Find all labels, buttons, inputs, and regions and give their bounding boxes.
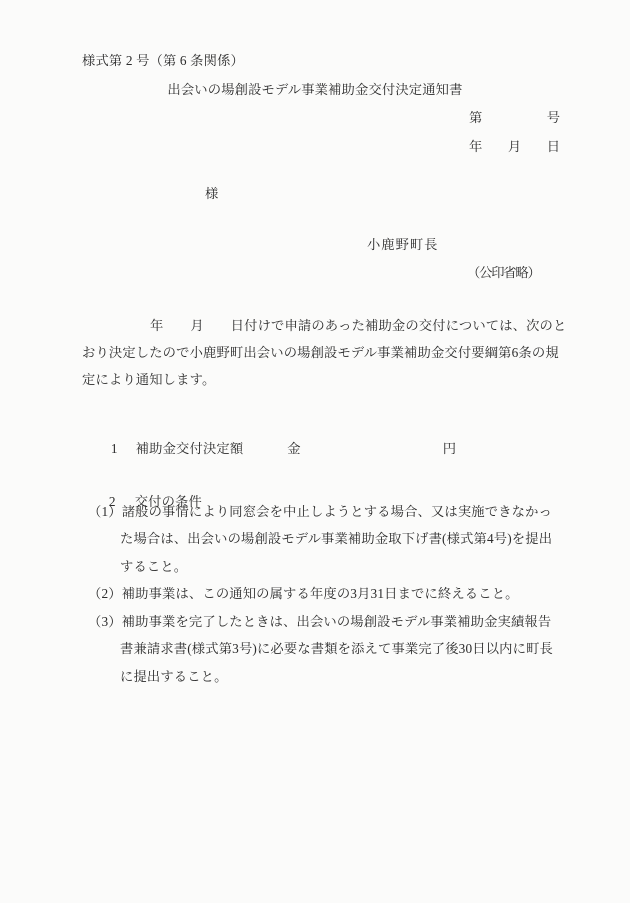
form-number-label: 様式第 2 号（第 6 条関係）	[82, 53, 244, 69]
condition-1-line-1: （1）諸般の事情により同窓会を中止しようとする場合、又は実施できなかっ	[88, 504, 552, 520]
document-number-line: 第 号	[469, 110, 560, 126]
document-title: 出会いの場創設モデル事業補助金交付決定通知書	[0, 82, 630, 98]
month-label: 月	[508, 139, 521, 155]
amount-prefix-label: 金	[287, 441, 300, 456]
item-1-number: 1	[111, 441, 118, 456]
document-page: 様式第 2 号（第 6 条関係） 出会いの場創設モデル事業補助金交付決定通知書 …	[0, 0, 630, 903]
number-prefix-label: 第	[469, 110, 482, 126]
sender-title: 小鹿野町長	[367, 237, 438, 253]
item-1-grant-decision-amount: 1補助金交付決定額金円	[97, 425, 456, 473]
condition-2-line-1: （2）補助事業は、この通知の属する年度の3月31日までに終えること。	[88, 586, 519, 602]
body-paragraph-line-3: 定により通知します。	[82, 372, 215, 388]
body-paragraph-line-1: 年 月 日付けで申請のあった補助金の交付については、次のと	[150, 318, 566, 334]
seal-omission-note: （公印省略）	[467, 265, 540, 281]
body-paragraph-line-2: おり決定したので小鹿野町出会いの場創設モデル事業補助金交付要綱第6条の規	[82, 345, 559, 361]
condition-1-line-3: すること。	[120, 559, 187, 575]
condition-3-line-2: 書兼請求書(様式第3号)に必要な書類を添えて事業完了後30日以内に町長	[120, 641, 553, 657]
condition-3-line-1: （3）補助事業を完了したときは、出会いの場創設モデル事業補助金実績報告	[88, 614, 551, 630]
condition-1-line-2: た場合は、出会いの場創設モデル事業補助金取下げ書(様式第4号)を提出	[120, 531, 552, 547]
day-label: 日	[547, 139, 560, 155]
addressee-honorific: 様	[205, 186, 218, 202]
date-line: 年 月 日	[469, 139, 560, 155]
amount-suffix-label: 円	[443, 441, 456, 456]
number-suffix-label: 号	[547, 110, 560, 126]
item-1-label: 補助金交付決定額	[136, 441, 244, 456]
year-label: 年	[469, 139, 482, 155]
condition-3-line-3: に提出すること。	[120, 669, 228, 685]
